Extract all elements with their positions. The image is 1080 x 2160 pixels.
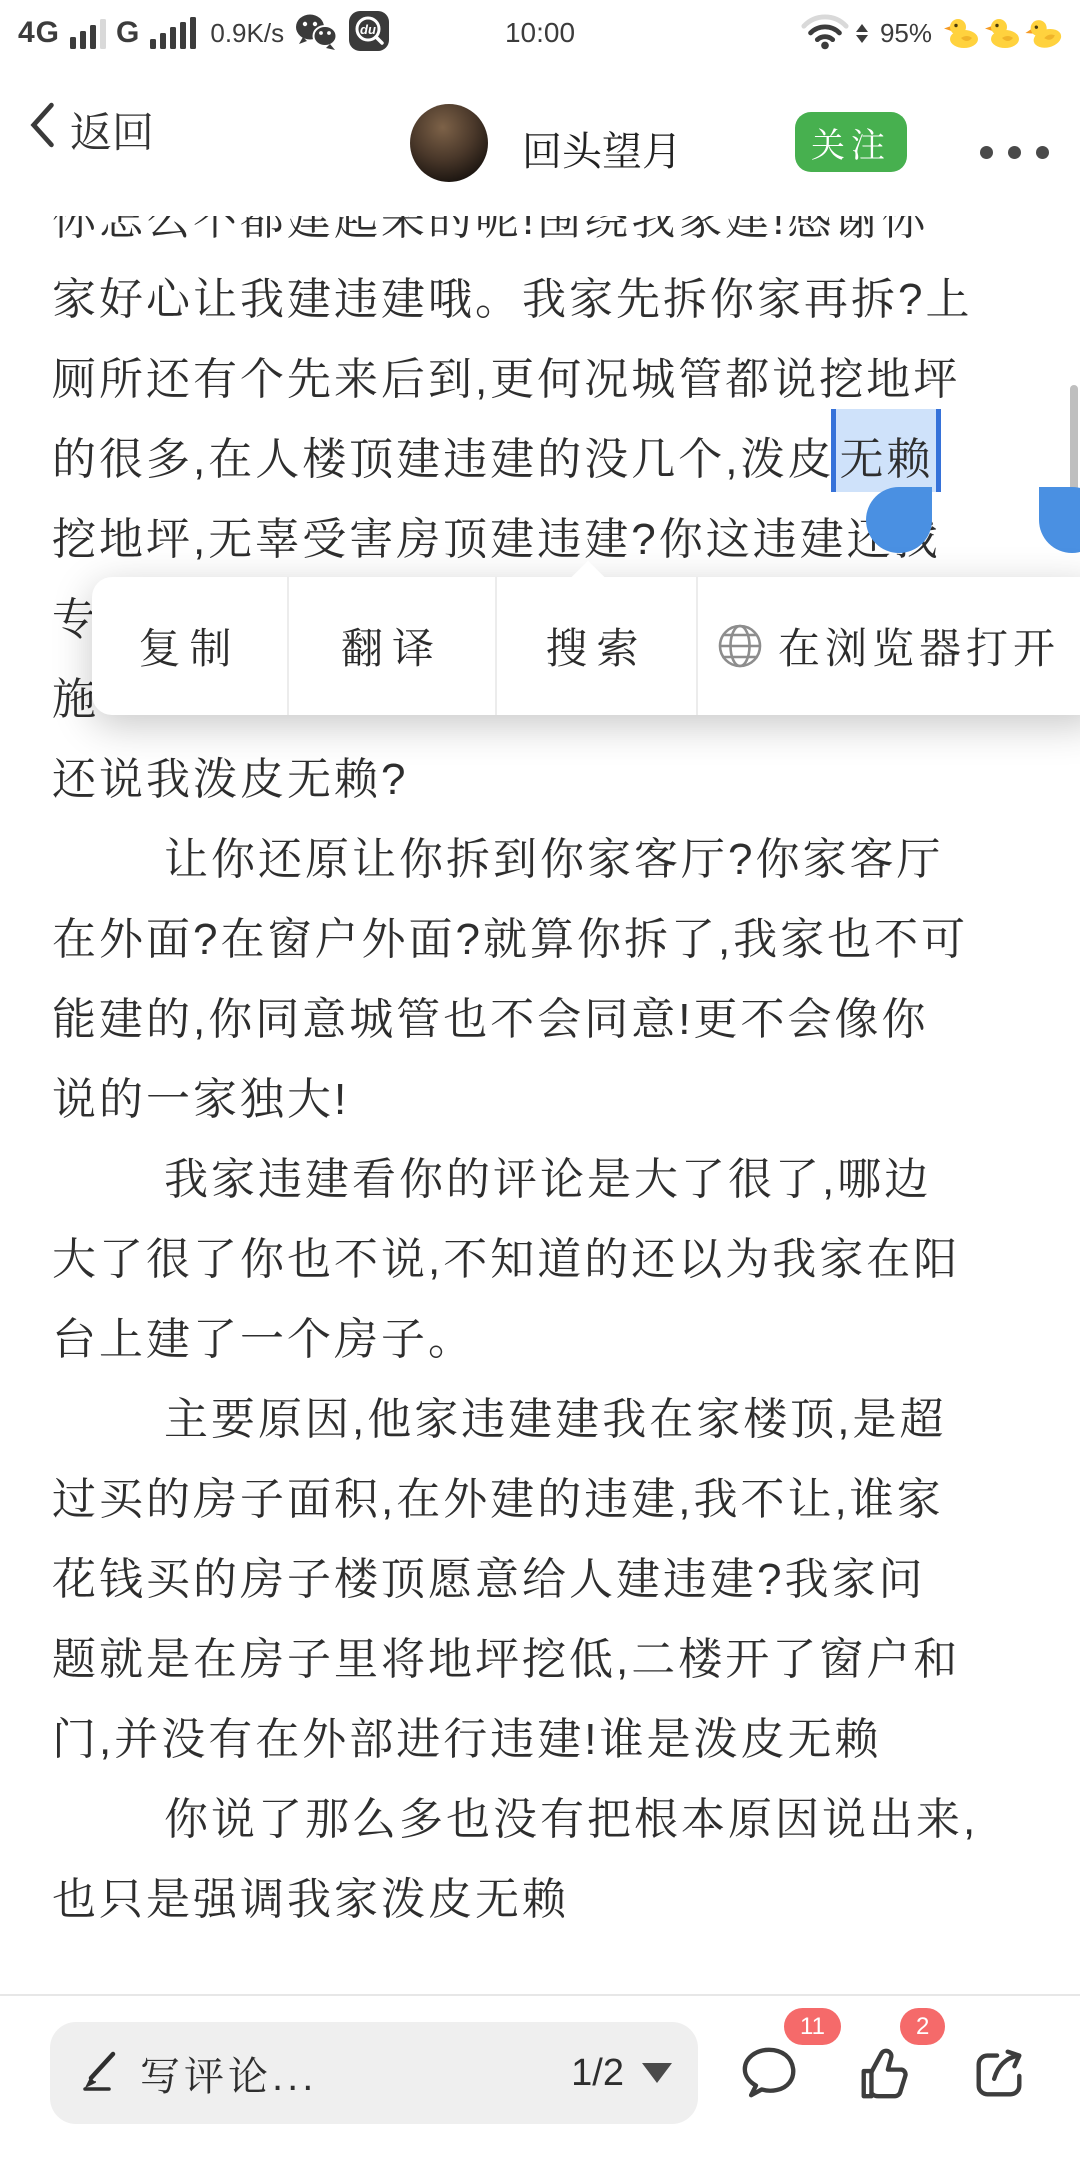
post-line: 也只是强调我家泼皮无赖 <box>52 1860 1066 1940</box>
post-line: 花钱买的房子楼顶愿意给人建违建?我家问 <box>52 1540 1066 1620</box>
menu-item-open-in-browser[interactable]: 在浏览器打开 <box>698 577 1080 715</box>
wechat-icon <box>294 11 338 56</box>
post-line: 家好心让我建违建哦。我家先拆你家再拆?上 <box>52 260 1066 340</box>
share-icon <box>968 2044 1030 2102</box>
back-label: 返回 <box>70 100 154 160</box>
like-count-badge: 2 <box>900 2008 945 2045</box>
pencil-icon <box>76 2047 124 2100</box>
page-dropdown-icon[interactable] <box>642 2063 672 2083</box>
post-line: 过买的房子面积,在外建的违建,我不让,谁家 <box>52 1460 1066 1540</box>
menu-item-translate[interactable]: 翻译 <box>289 577 497 715</box>
network-type-2: G <box>116 16 140 50</box>
menu-item-search[interactable]: 搜索 <box>497 577 698 715</box>
comment-placeholder: 写评论... <box>140 2045 317 2102</box>
status-left: 4G G 0.9K/s <box>18 10 390 57</box>
du-search-icon: du <box>348 10 390 57</box>
like-button[interactable] <box>854 2044 916 2107</box>
thumbs-up-icon <box>854 2044 916 2102</box>
selection-handle-left[interactable] <box>866 487 932 553</box>
comment-count-badge: 11 <box>784 2008 841 2045</box>
post-line: 还说我泼皮无赖? <box>52 740 1066 820</box>
post-line: 你怎么不都建起来的呢!围绕我家建!感谢你 <box>52 180 1066 260</box>
post-line: 题就是在房子里将地坪挖低,二楼开了窗户和 <box>52 1620 1066 1700</box>
wifi-icon <box>800 11 850 56</box>
post-line: 我家违建看你的评论是大了很了,哪边 <box>52 1140 1066 1220</box>
post-line: 你说了那么多也没有把根本原因说出来, <box>52 1780 1066 1860</box>
post-line: 大了很了你也不说,不知道的还以为我家在阳 <box>52 1220 1066 1300</box>
clock: 10:00 <box>505 17 575 49</box>
menu-item-copy[interactable]: 复制 <box>92 577 289 715</box>
post-line: 厕所还有个先来后到,更何况城管都说挖地坪 <box>52 340 1066 420</box>
data-arrows-icon <box>856 24 868 43</box>
username: 回头望月 <box>522 120 682 177</box>
menu-item-label: 在浏览器打开 <box>778 616 1060 676</box>
network-type-1: 4G <box>18 16 60 50</box>
network-speed: 0.9K/s <box>210 18 284 49</box>
post-line: 说的一家独大! <box>52 1060 1066 1140</box>
share-button[interactable] <box>968 2044 1030 2107</box>
signal-bars-2-icon <box>150 17 196 49</box>
post-line: 台上建了一个房子。 <box>52 1300 1066 1380</box>
comments-button[interactable] <box>738 2044 800 2107</box>
avatar[interactable] <box>410 104 488 182</box>
post-line: 在外面?在窗户外面?就算你拆了,我家也不可 <box>52 900 1066 980</box>
text-selection-menu: 复制 翻译 搜索 在浏览器打开 <box>92 577 1080 715</box>
app-screen: 4G G 0.9K/s <box>0 0 1080 2160</box>
post-line: 能建的,你同意城管也不会同意!更不会像你 <box>52 980 1066 1060</box>
comment-bubble-icon <box>738 2044 800 2102</box>
status-bar: 4G G 0.9K/s <box>0 0 1080 60</box>
page-indicator[interactable]: 1/2 <box>571 2052 624 2095</box>
comment-input[interactable]: 写评论... 1/2 <box>50 2022 698 2124</box>
globe-icon <box>716 622 764 670</box>
post-line: 门,并没有在外部进行违建!谁是泼皮无赖 <box>52 1700 1066 1780</box>
selected-text[interactable]: 无赖 <box>831 409 941 492</box>
post-body: 你怎么不都建起来的呢!围绕我家建!感谢你 家好心让我建违建哦。我家先拆你家再拆?… <box>52 180 1066 1940</box>
back-button[interactable]: 返回 <box>28 100 154 160</box>
more-menu-button[interactable] <box>980 146 1049 159</box>
signal-bars-1-icon <box>70 17 106 49</box>
post-text: 的很多,在人楼顶建违建的没几个,泼皮 <box>52 435 834 484</box>
footer-divider <box>0 1994 1080 1996</box>
post-line: 主要原因,他家违建建我在家楼顶,是超 <box>52 1380 1066 1460</box>
battery-percent: 95% <box>880 18 932 49</box>
svg-text:du: du <box>360 22 376 37</box>
status-right: 95% <box>800 11 1062 56</box>
duck-emoji-icons <box>944 16 1062 50</box>
back-chevron-icon <box>28 102 56 158</box>
follow-button[interactable]: 关注 <box>795 112 907 172</box>
post-line: 让你还原让你拆到你家客厅?你家客厅 <box>52 820 1066 900</box>
